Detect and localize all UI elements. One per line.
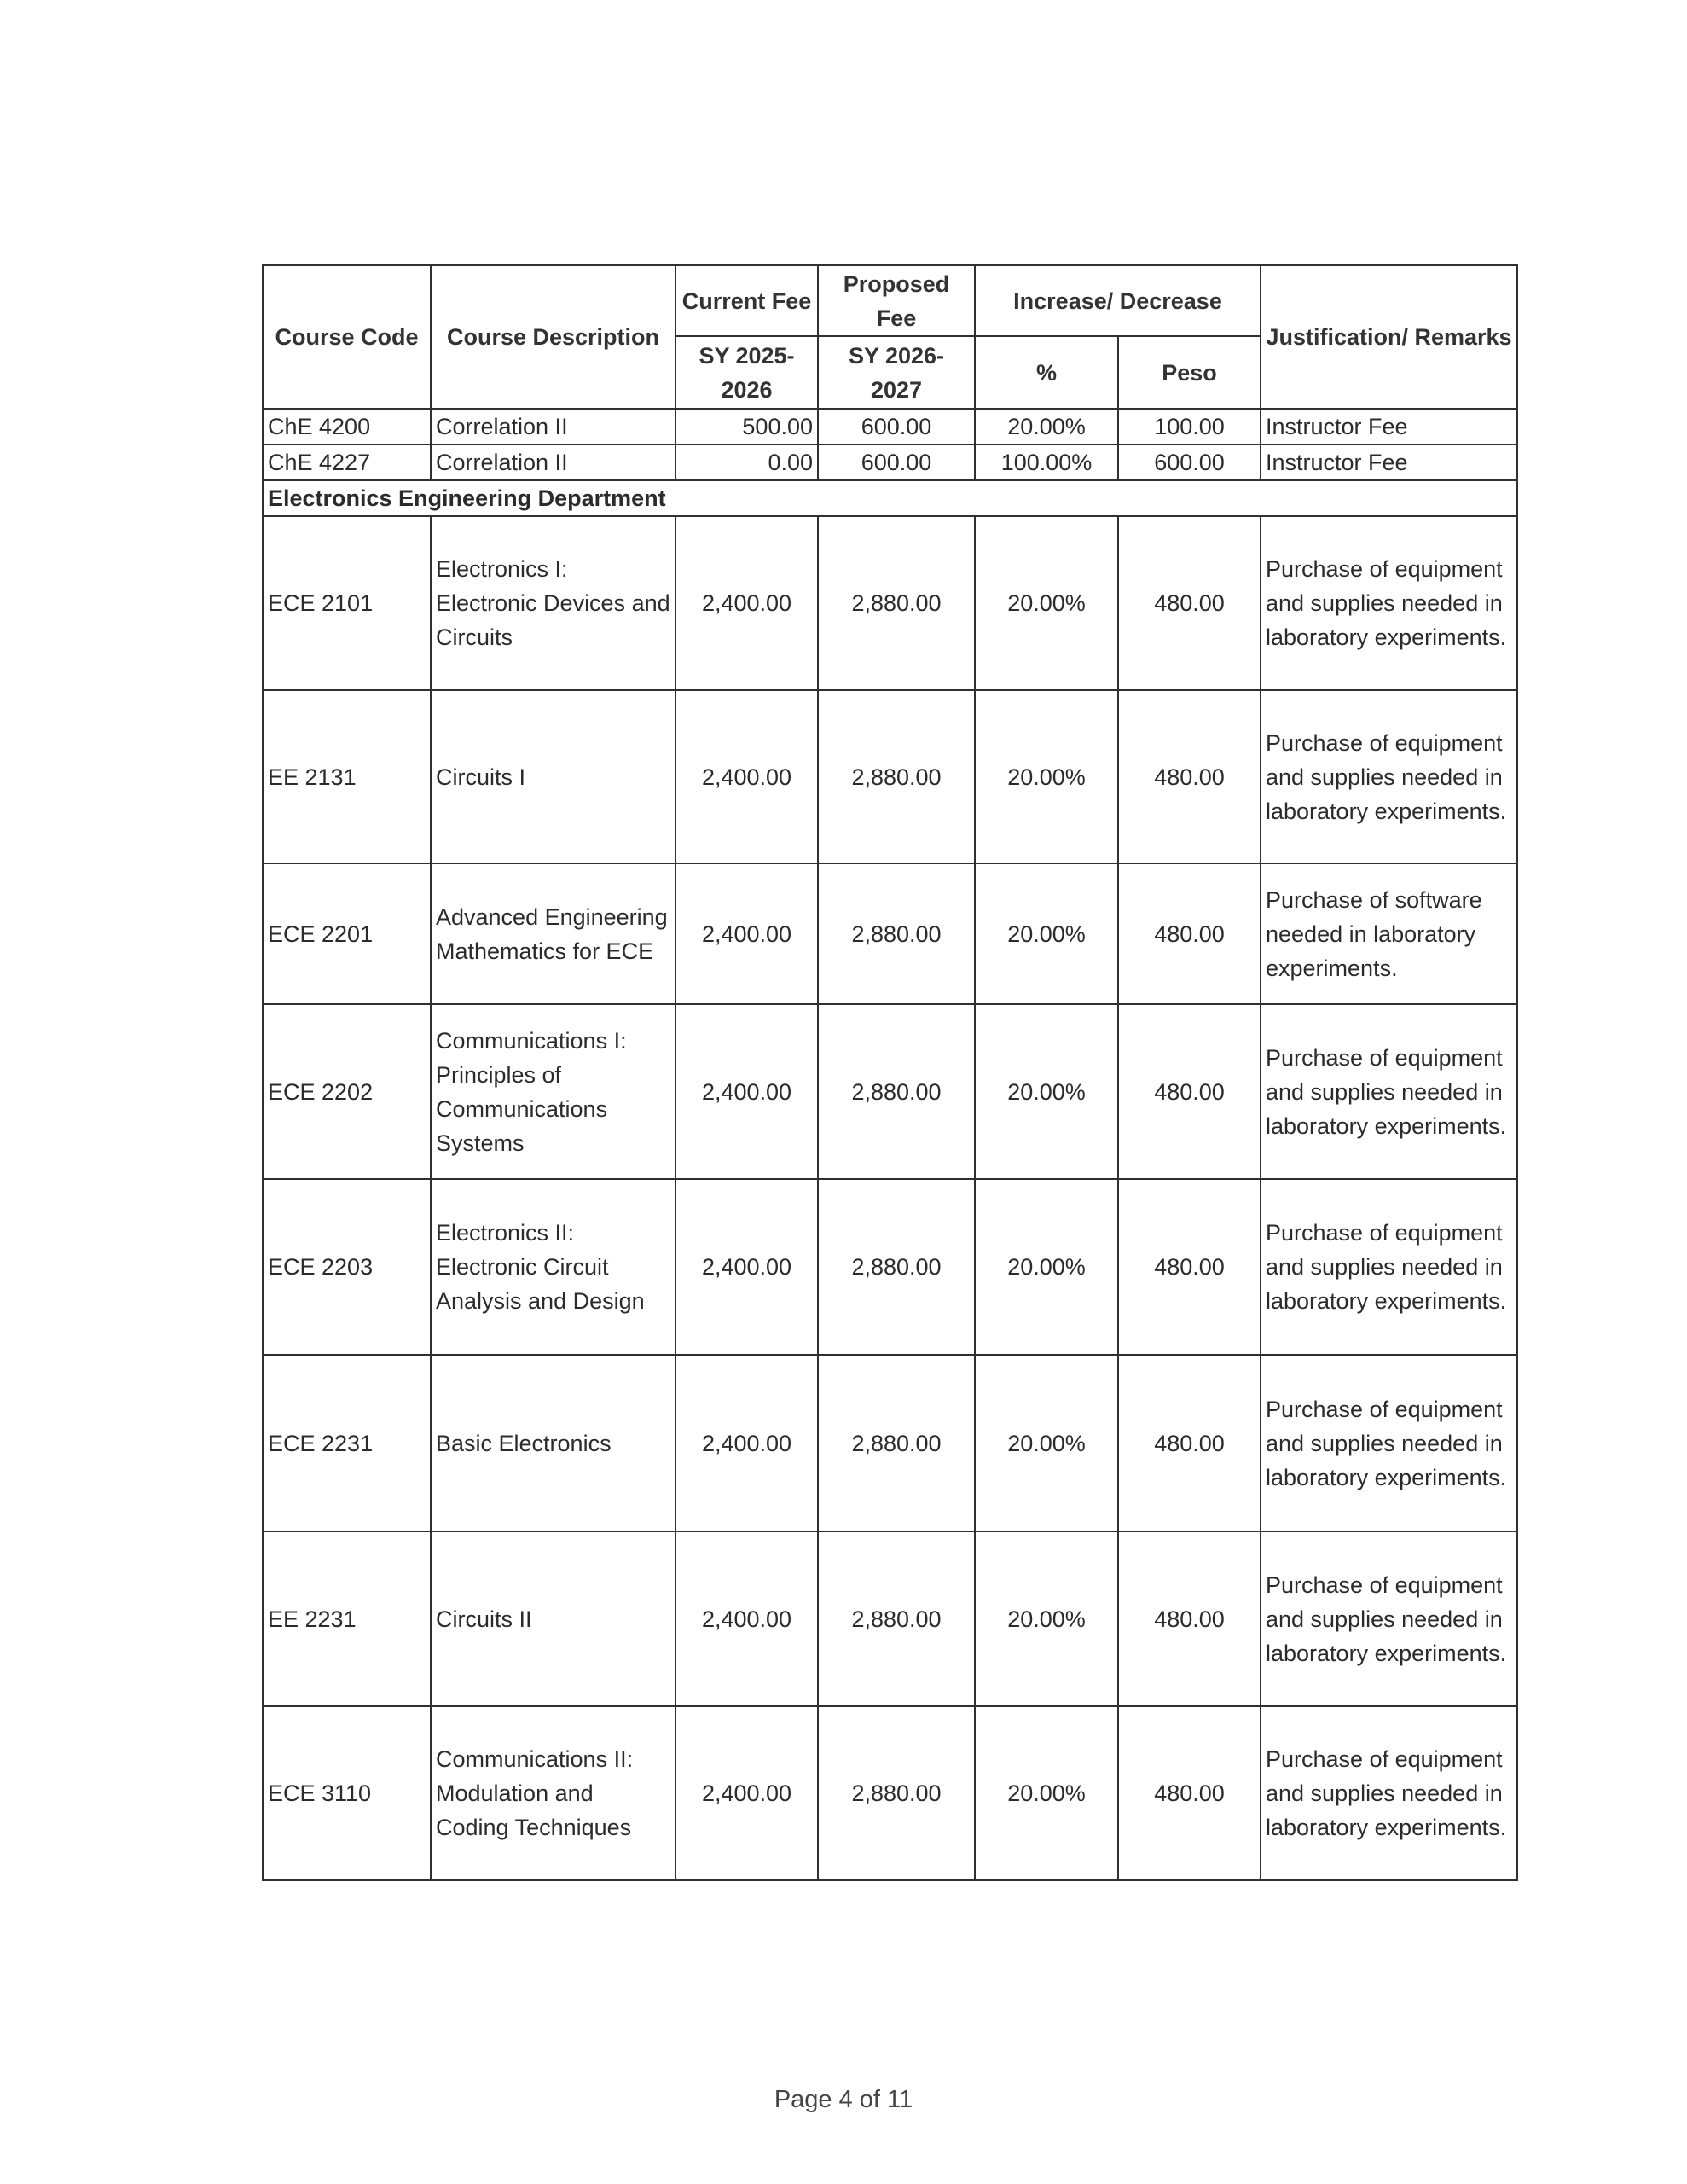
cell-percent: 20.00% (975, 1004, 1118, 1179)
cell-percent: 20.00% (975, 1355, 1118, 1531)
cell-code: EE 2231 (263, 1531, 431, 1706)
cell-peso: 480.00 (1118, 1531, 1261, 1706)
cell-current-fee: 2,400.00 (675, 1531, 818, 1706)
cell-peso: 480.00 (1118, 863, 1261, 1004)
cell-peso: 100.00 (1118, 409, 1261, 444)
cell-current-fee: 2,400.00 (675, 1355, 818, 1531)
cell-current-fee: 0.00 (675, 444, 818, 480)
cell-code: ECE 3110 (263, 1706, 431, 1880)
cell-justification: Purchase of equipment and supplies neede… (1261, 1004, 1517, 1179)
cell-proposed-fee: 2,880.00 (818, 516, 975, 690)
cell-current-fee: 2,400.00 (675, 516, 818, 690)
cell-percent: 20.00% (975, 409, 1118, 444)
department-label: Electronics Engineering Department (263, 480, 1517, 516)
cell-justification: Instructor Fee (1261, 444, 1517, 480)
header-proposed-sy: SY 2026-2027 (818, 336, 975, 409)
header-peso: Peso (1118, 336, 1261, 409)
cell-percent: 20.00% (975, 1706, 1118, 1880)
cell-proposed-fee: 2,880.00 (818, 863, 975, 1004)
cell-description: Communications II: Modulation and Coding… (431, 1706, 675, 1880)
cell-percent: 20.00% (975, 1531, 1118, 1706)
cell-proposed-fee: 600.00 (818, 444, 975, 480)
cell-proposed-fee: 2,880.00 (818, 1531, 975, 1706)
cell-description: Communications I: Principles of Communic… (431, 1004, 675, 1179)
fee-table: Course Code Course Description Current F… (262, 264, 1518, 1881)
cell-code: ChE 4200 (263, 409, 431, 444)
cell-current-fee: 2,400.00 (675, 690, 818, 863)
cell-peso: 480.00 (1118, 1004, 1261, 1179)
table-row: ECE 2202Communications I: Principles of … (263, 1004, 1517, 1179)
header-current-sy: SY 2025-2026 (675, 336, 818, 409)
cell-justification: Purchase of equipment and supplies neede… (1261, 1179, 1517, 1355)
header-percent: % (975, 336, 1118, 409)
cell-percent: 20.00% (975, 690, 1118, 863)
cell-proposed-fee: 2,880.00 (818, 1179, 975, 1355)
cell-proposed-fee: 2,880.00 (818, 1706, 975, 1880)
cell-justification: Purchase of equipment and supplies neede… (1261, 1706, 1517, 1880)
cell-justification: Purchase of equipment and supplies neede… (1261, 690, 1517, 863)
cell-code: EE 2131 (263, 690, 431, 863)
header-justification: Justification/ Remarks (1261, 265, 1517, 409)
cell-peso: 480.00 (1118, 1706, 1261, 1880)
header-course-description: Course Description (431, 265, 675, 409)
cell-justification: Purchase of equipment and supplies neede… (1261, 516, 1517, 690)
cell-peso: 480.00 (1118, 1355, 1261, 1531)
cell-code: ECE 2202 (263, 1004, 431, 1179)
cell-current-fee: 2,400.00 (675, 863, 818, 1004)
cell-code: ECE 2101 (263, 516, 431, 690)
table-row: EE 2131Circuits I2,400.002,880.0020.00%4… (263, 690, 1517, 863)
table-row: ECE 2231Basic Electronics2,400.002,880.0… (263, 1355, 1517, 1531)
cell-current-fee: 500.00 (675, 409, 818, 444)
cell-percent: 20.00% (975, 863, 1118, 1004)
cell-justification: Purchase of equipment and supplies neede… (1261, 1531, 1517, 1706)
table-row: ECE 2101Electronics I: Electronic Device… (263, 516, 1517, 690)
cell-code: ECE 2203 (263, 1179, 431, 1355)
cell-description: Correlation II (431, 409, 675, 444)
cell-proposed-fee: 2,880.00 (818, 690, 975, 863)
page-number: Page 4 of 11 (0, 2086, 1687, 2114)
cell-description: Circuits I (431, 690, 675, 863)
cell-description: Basic Electronics (431, 1355, 675, 1531)
header-increase-decrease: Increase/ Decrease (975, 265, 1261, 336)
cell-justification: Purchase of software needed in laborator… (1261, 863, 1517, 1004)
cell-code: ECE 2231 (263, 1355, 431, 1531)
cell-peso: 480.00 (1118, 516, 1261, 690)
cell-code: ECE 2201 (263, 863, 431, 1004)
cell-proposed-fee: 2,880.00 (818, 1355, 975, 1531)
cell-percent: 20.00% (975, 1179, 1118, 1355)
cell-current-fee: 2,400.00 (675, 1179, 818, 1355)
cell-peso: 480.00 (1118, 690, 1261, 863)
cell-code: ChE 4227 (263, 444, 431, 480)
cell-peso: 480.00 (1118, 1179, 1261, 1355)
cell-justification: Instructor Fee (1261, 409, 1517, 444)
cell-proposed-fee: 2,880.00 (818, 1004, 975, 1179)
table-row: ChE 4227 Correlation II 0.00 600.00 100.… (263, 444, 1517, 480)
cell-description: Correlation II (431, 444, 675, 480)
cell-description: Circuits II (431, 1531, 675, 1706)
cell-description: Electronics II: Electronic Circuit Analy… (431, 1179, 675, 1355)
table-row: ChE 4200 Correlation II 500.00 600.00 20… (263, 409, 1517, 444)
cell-current-fee: 2,400.00 (675, 1004, 818, 1179)
header-current-fee: Current Fee (675, 265, 818, 336)
cell-percent: 20.00% (975, 516, 1118, 690)
table-row: ECE 2203Electronics II: Electronic Circu… (263, 1179, 1517, 1355)
cell-description: Advanced Engineering Mathematics for ECE (431, 863, 675, 1004)
cell-percent: 100.00% (975, 444, 1118, 480)
table-row: ECE 2201Advanced Engineering Mathematics… (263, 863, 1517, 1004)
cell-current-fee: 2,400.00 (675, 1706, 818, 1880)
table-row: ECE 3110Communications II: Modulation an… (263, 1706, 1517, 1880)
table-row: EE 2231Circuits II2,400.002,880.0020.00%… (263, 1531, 1517, 1706)
header-proposed-fee: Proposed Fee (818, 265, 975, 336)
header-course-code: Course Code (263, 265, 431, 409)
cell-proposed-fee: 600.00 (818, 409, 975, 444)
cell-description: Electronics I: Electronic Devices and Ci… (431, 516, 675, 690)
department-row: Electronics Engineering Department (263, 480, 1517, 516)
cell-peso: 600.00 (1118, 444, 1261, 480)
cell-justification: Purchase of equipment and supplies neede… (1261, 1355, 1517, 1531)
